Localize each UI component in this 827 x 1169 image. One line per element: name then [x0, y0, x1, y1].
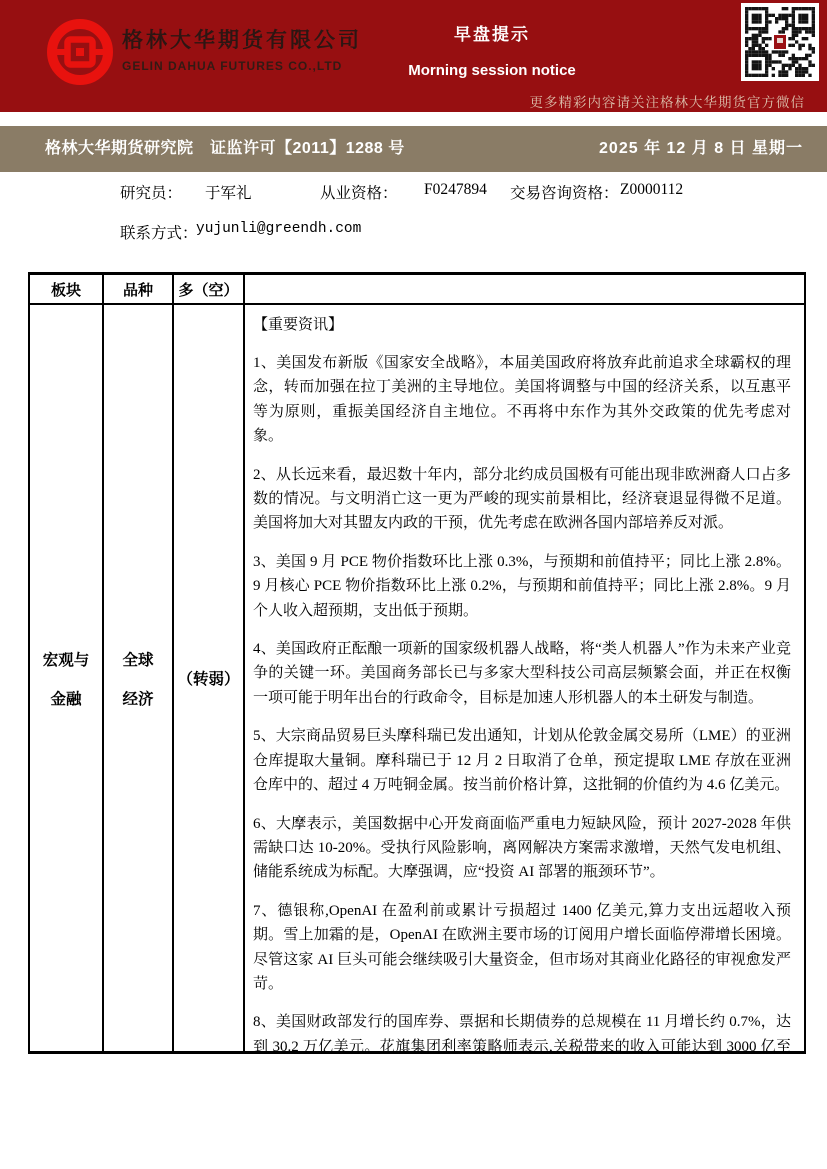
- cell-position: （转弱）: [174, 305, 245, 1051]
- company-name-en: GELIN DAHUA FUTURES CO.,LTD: [122, 59, 362, 73]
- header-band: 格林大华期货有限公司 GELIN DAHUA FUTURES CO.,LTD 早…: [0, 0, 827, 112]
- advisory-label: 交易咨询资格：: [510, 181, 619, 203]
- header-sector: 板块: [30, 275, 104, 303]
- content-table: 板块 品种 多（空） 宏观与 金融 全球 经济 （转弱） 【重要资讯】 1、美国…: [28, 272, 806, 1054]
- table-row: 宏观与 金融 全球 经济 （转弱） 【重要资讯】 1、美国发布新版《国家安全战略…: [28, 305, 806, 1051]
- company-name-cn: 格林大华期货有限公司: [122, 24, 362, 54]
- table-header-row: 板块 品种 多（空）: [28, 275, 806, 305]
- report-date: 2025 年 12 月 8 日 星期一: [599, 126, 803, 172]
- position-value: （转弱）: [177, 667, 239, 689]
- qr-code-icon: [741, 3, 819, 81]
- contact-label: 联系方式：: [120, 221, 198, 243]
- news-paragraph: 1、美国发布新版《国家安全战略》，本届美国政府将放弃此前追求全球霸权的理念，转而…: [253, 351, 791, 449]
- contact-line: 联系方式： yujunli@greendh.com: [0, 221, 827, 241]
- header-content: [245, 275, 806, 303]
- header-variety: 品种: [104, 275, 174, 303]
- sector-line-1: 宏观与: [43, 648, 90, 670]
- report-title-block: 早盘提示 Morning session notice: [400, 20, 584, 79]
- info-bar: 格林大华期货研究院 证监许可【2011】1288 号 2025 年 12 月 8…: [0, 126, 827, 172]
- cell-sector: 宏观与 金融: [30, 305, 104, 1051]
- qualification-number: F0247894: [424, 181, 487, 199]
- researcher-name: 于军礼: [205, 181, 252, 203]
- company-seal-icon: [44, 16, 116, 88]
- content-title: 【重要资讯】: [253, 313, 791, 338]
- news-paragraph: 7、德银称,OpenAI 在盈利前或累计亏损超过 1400 亿美元,算力支出远超…: [253, 899, 791, 997]
- header-position: 多（空）: [174, 275, 245, 303]
- report-page: 格林大华期货有限公司 GELIN DAHUA FUTURES CO.,LTD 早…: [0, 0, 827, 1169]
- researcher-role-label: 研究员：: [120, 181, 182, 203]
- news-paragraph: 3、美国 9 月 PCE 物价指数环比上涨 0.3%，与预期和前值持平；同比上涨…: [253, 550, 791, 623]
- report-title-cn: 早盘提示: [400, 20, 584, 45]
- variety-line-2: 经济: [122, 687, 153, 709]
- news-paragraph: 6、大摩表示，美国数据中心开发商面临严重电力短缺风险，预计 2027-2028 …: [253, 812, 791, 885]
- news-paragraph: 4、美国政府正酝酿一项新的国家级机器人战略，将“类人机器人”作为未来产业竞争的关…: [253, 637, 791, 710]
- sector-line-2: 金融: [50, 687, 81, 709]
- cell-variety: 全球 经济: [104, 305, 174, 1051]
- cell-content: 【重要资讯】 1、美国发布新版《国家安全战略》，本届美国政府将放弃此前追求全球霸…: [245, 305, 806, 1051]
- news-paragraph: 5、大宗商品贸易巨头摩科瑞已发出通知，计划从伦敦金属交易所（LME）的亚洲仓库提…: [253, 724, 791, 797]
- wechat-notice: 更多精彩内容请关注格林大华期货官方微信: [530, 91, 806, 111]
- institute-license: 格林大华期货研究院 证监许可【2011】1288 号: [45, 126, 405, 172]
- contact-email: yujunli@greendh.com: [196, 221, 361, 237]
- news-paragraph: 2、从长远来看，最迟数十年内，部分北约成员国极有可能出现非欧洲裔人口占多数的情况…: [253, 463, 791, 536]
- news-paragraph: 8、美国财政部发行的国库券、票据和长期债券的总规模在 11 月增长约 0.7%，…: [253, 1010, 791, 1051]
- advisory-number: Z0000112: [620, 181, 683, 199]
- variety-line-1: 全球: [122, 648, 153, 670]
- report-title-en: Morning session notice: [400, 62, 584, 79]
- researcher-line: 研究员： 于军礼 从业资格： F0247894 交易咨询资格： Z0000112: [0, 181, 827, 201]
- company-name-block: 格林大华期货有限公司 GELIN DAHUA FUTURES CO.,LTD: [122, 24, 362, 73]
- qualification-label: 从业资格：: [320, 181, 398, 203]
